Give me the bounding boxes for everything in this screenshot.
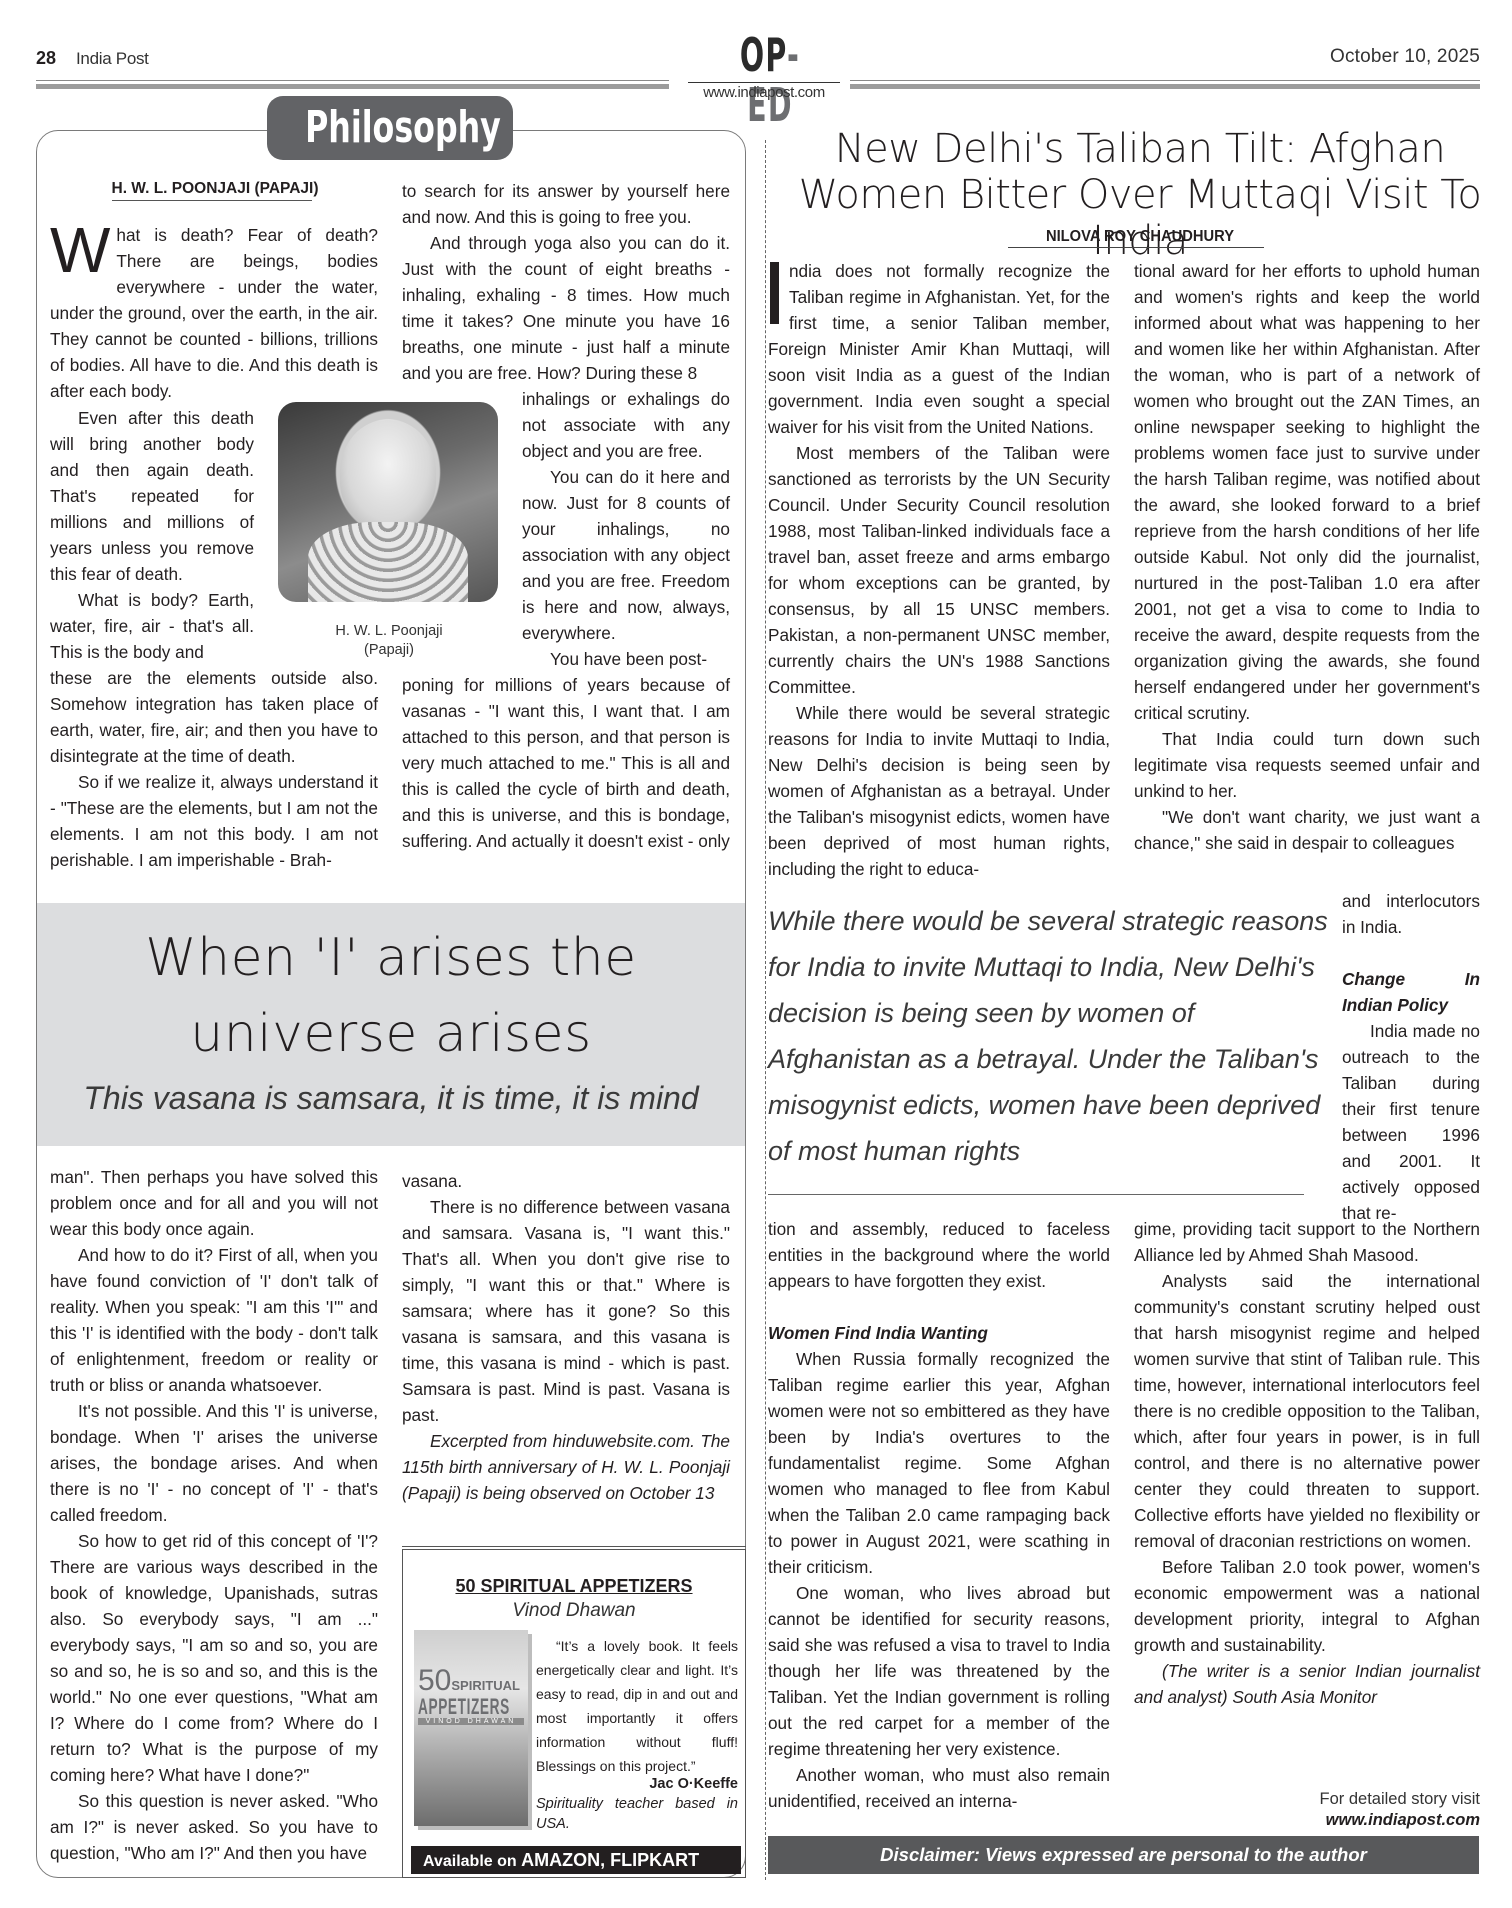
article-byline-underline (1008, 247, 1264, 248)
article-col2-bottom: gime, providing tacit support to the Nor… (1134, 1216, 1480, 1710)
source-footnote: Excerpted from hinduwebsite.com. The 115… (402, 1428, 730, 1506)
banner-headline-line1: When 'I' arises the (37, 920, 745, 996)
paragraph: That India could turn down such legitima… (1134, 726, 1480, 804)
paragraph: Analysts said the international communit… (1134, 1268, 1480, 1554)
caption-name: H. W. L. Poonjaji (296, 622, 482, 641)
logo-op: OP (740, 28, 787, 82)
paragraph: inhalings or exhalings do not associate … (522, 386, 730, 464)
philosophy-col2-bottom: vasana. There is no difference between v… (402, 1168, 730, 1506)
article-col1-bottom: tion and assembly, reduced to faceless e… (768, 1216, 1110, 1814)
paragraph: tional award for her efforts to uphold h… (1134, 258, 1480, 726)
article-col2-narrow: and interlocutors in India. Change In In… (1342, 888, 1480, 1226)
testimonial-author: Jac O·Keeffe (536, 1776, 738, 1792)
book-testimonial: “It’s a lovely book. It feels energetica… (536, 1634, 738, 1778)
book-title: 50 SPIRITUAL APPETIZERS (402, 1576, 746, 1597)
disclaimer-bar: Disclaimer: Views expressed are personal… (768, 1836, 1479, 1874)
paragraph: There is no difference between vasana an… (402, 1194, 730, 1428)
caption-alias: (Papaji) (296, 641, 482, 660)
paragraph: You can do it here and now. Just for 8 c… (522, 464, 730, 646)
testimonial-text: “It’s a lovely book. It feels energetica… (536, 1634, 738, 1778)
pull-quote-rule (768, 1194, 1304, 1195)
paragraph: Even after this death will bring another… (50, 405, 254, 587)
banner-headline-line2: universe arises (37, 996, 745, 1072)
article-pull-quote: While there would be several strategic r… (768, 898, 1328, 1174)
philosophy-col1-narrow-2: What is body? Earth, water, fire, air - … (50, 587, 254, 665)
philosophy-col1-lower: these are the elements outside also. Som… (50, 665, 378, 873)
subhead-women-find-india-wanting: Women Find India Wanting (768, 1320, 1110, 1346)
section-tab-label: Philosophy (305, 96, 501, 160)
availability-prefix: Available on (423, 1853, 521, 1870)
book-author: Vinod Dhawan (402, 1600, 746, 1622)
paragraph: So how to get rid of this concept of 'I'… (50, 1528, 378, 1788)
logo-dash: - (787, 28, 800, 82)
publication-name: India Post (76, 49, 149, 69)
paragraph: So this question is never asked. "Who am… (50, 1788, 378, 1866)
ad-separator (402, 1546, 746, 1547)
availability-bar[interactable]: Available on AMAZON, FLIPKART (411, 1846, 741, 1874)
paragraph: It's not possible. And this 'I' is unive… (50, 1398, 378, 1528)
philosophy-col1-narrow: Even after this death will bring another… (50, 405, 254, 587)
paragraph: gime, providing tacit support to the Nor… (1134, 1216, 1480, 1268)
paragraph: One woman, who lives abroad but cannot b… (768, 1580, 1110, 1762)
subhead-change-in-indian-policy: Change In Indian Policy (1342, 966, 1480, 1018)
book-cover-image: 50SPIRITUAL APPETIZERS VINOD DHAWAN (414, 1630, 528, 1826)
paragraph: Before Taliban 2.0 took power, women's e… (1134, 1554, 1480, 1658)
header-rule-left-thin (36, 80, 669, 81)
article-col1-top: ndia does not formally recognize the Tal… (768, 258, 1110, 882)
header-rule-right-thick (850, 84, 1480, 89)
column-divider (765, 140, 766, 1880)
section-logo: OP-ED (727, 30, 814, 130)
paragraph: India made no outreach to the Taliban du… (1342, 1018, 1480, 1226)
paragraph: While there would be several strategic r… (768, 700, 1110, 882)
article-col2-top: tional award for her efforts to uphold h… (1134, 258, 1480, 856)
dropcap: W (50, 224, 110, 276)
photo-garland (308, 522, 468, 602)
paragraph-text: ndia does not formally recognize the Tal… (768, 261, 1110, 437)
issue-date: October 10, 2025 (1330, 46, 1480, 68)
paragraph: man". Then perhaps you have solved this … (50, 1164, 378, 1242)
philosophy-col1-intro: What is death? Fear of death? There are … (50, 222, 378, 404)
philosophy-col1-bottom: man". Then perhaps you have solved this … (50, 1164, 378, 1866)
cover-word2: APPETIZERS (418, 1694, 484, 1720)
paragraph: What is body? Earth, water, fire, air - … (50, 587, 254, 665)
paragraph: to search for its answer by yourself her… (402, 178, 730, 230)
paragraph: What is death? Fear of death? There are … (50, 222, 378, 404)
header-rule-right-thin (850, 80, 1480, 81)
philosophy-col2-narrow: inhalings or exhalings do not associate … (522, 386, 730, 672)
cover-author: VINOD DHAWAN (418, 1718, 524, 1725)
philosophy-col2-top: to search for its answer by yourself her… (402, 178, 730, 386)
availability-stores: AMAZON, FLIPKART (521, 1850, 699, 1870)
paragraph: poning for millions of years because of … (402, 672, 730, 854)
paragraph: and interlocutors in India. (1342, 888, 1480, 940)
author-photo (278, 402, 498, 602)
paragraph: vasana. (402, 1168, 730, 1194)
dropcap-i (770, 262, 779, 324)
paragraph: Another woman, who must also remain unid… (768, 1762, 1110, 1814)
more-story-label: For detailed story visit (1320, 1790, 1480, 1809)
paragraph: tion and assembly, reduced to faceless e… (768, 1216, 1110, 1294)
paragraph: And through yoga also you can do it. Jus… (402, 230, 730, 386)
paragraph: Most members of the Taliban were sanctio… (768, 440, 1110, 700)
section-tab-philosophy: Philosophy (267, 96, 513, 160)
paragraph: these are the elements outside also. Som… (50, 665, 378, 769)
website-link[interactable]: www.indiapost.com (688, 84, 840, 101)
article-byline: NILOVA ROY CHAUDHURY (919, 228, 1361, 246)
photo-face (340, 420, 436, 530)
paragraph: ndia does not formally recognize the Tal… (768, 258, 1110, 440)
testimonial-author-role: Spirituality teacher based in USA. (536, 1794, 738, 1834)
paragraph: When Russia formally recognized the Tali… (768, 1346, 1110, 1580)
logo-underline (688, 82, 840, 83)
more-story-link[interactable]: www.indiapost.com (1326, 1811, 1480, 1830)
header-rule-left-thick (36, 84, 669, 89)
paragraph: "We don't want charity, we just want a c… (1134, 804, 1480, 856)
banner-subheadline: This vasana is samsara, it is time, it i… (37, 1080, 745, 1117)
writer-note: (The writer is a senior Indian journalis… (1134, 1658, 1480, 1710)
philosophy-byline: H. W. L. POONJAJI (PAPAJI) (50, 180, 380, 198)
philosophy-col2-lower: poning for millions of years because of … (402, 672, 730, 854)
cover-number-value: 50 (418, 1664, 451, 1697)
byline-underline (112, 200, 312, 201)
paragraph: So if we realize it, always understand i… (50, 769, 378, 873)
cover-word1: SPIRITUAL (451, 1678, 520, 1693)
photo-caption: H. W. L. Poonjaji (Papaji) (296, 622, 482, 660)
paragraph: You have been post- (522, 646, 730, 672)
paragraph: And how to do it? First of all, when you… (50, 1242, 378, 1398)
page-number: 28 (36, 48, 56, 69)
banner-headline: When 'I' arises the universe arises (37, 920, 745, 1072)
